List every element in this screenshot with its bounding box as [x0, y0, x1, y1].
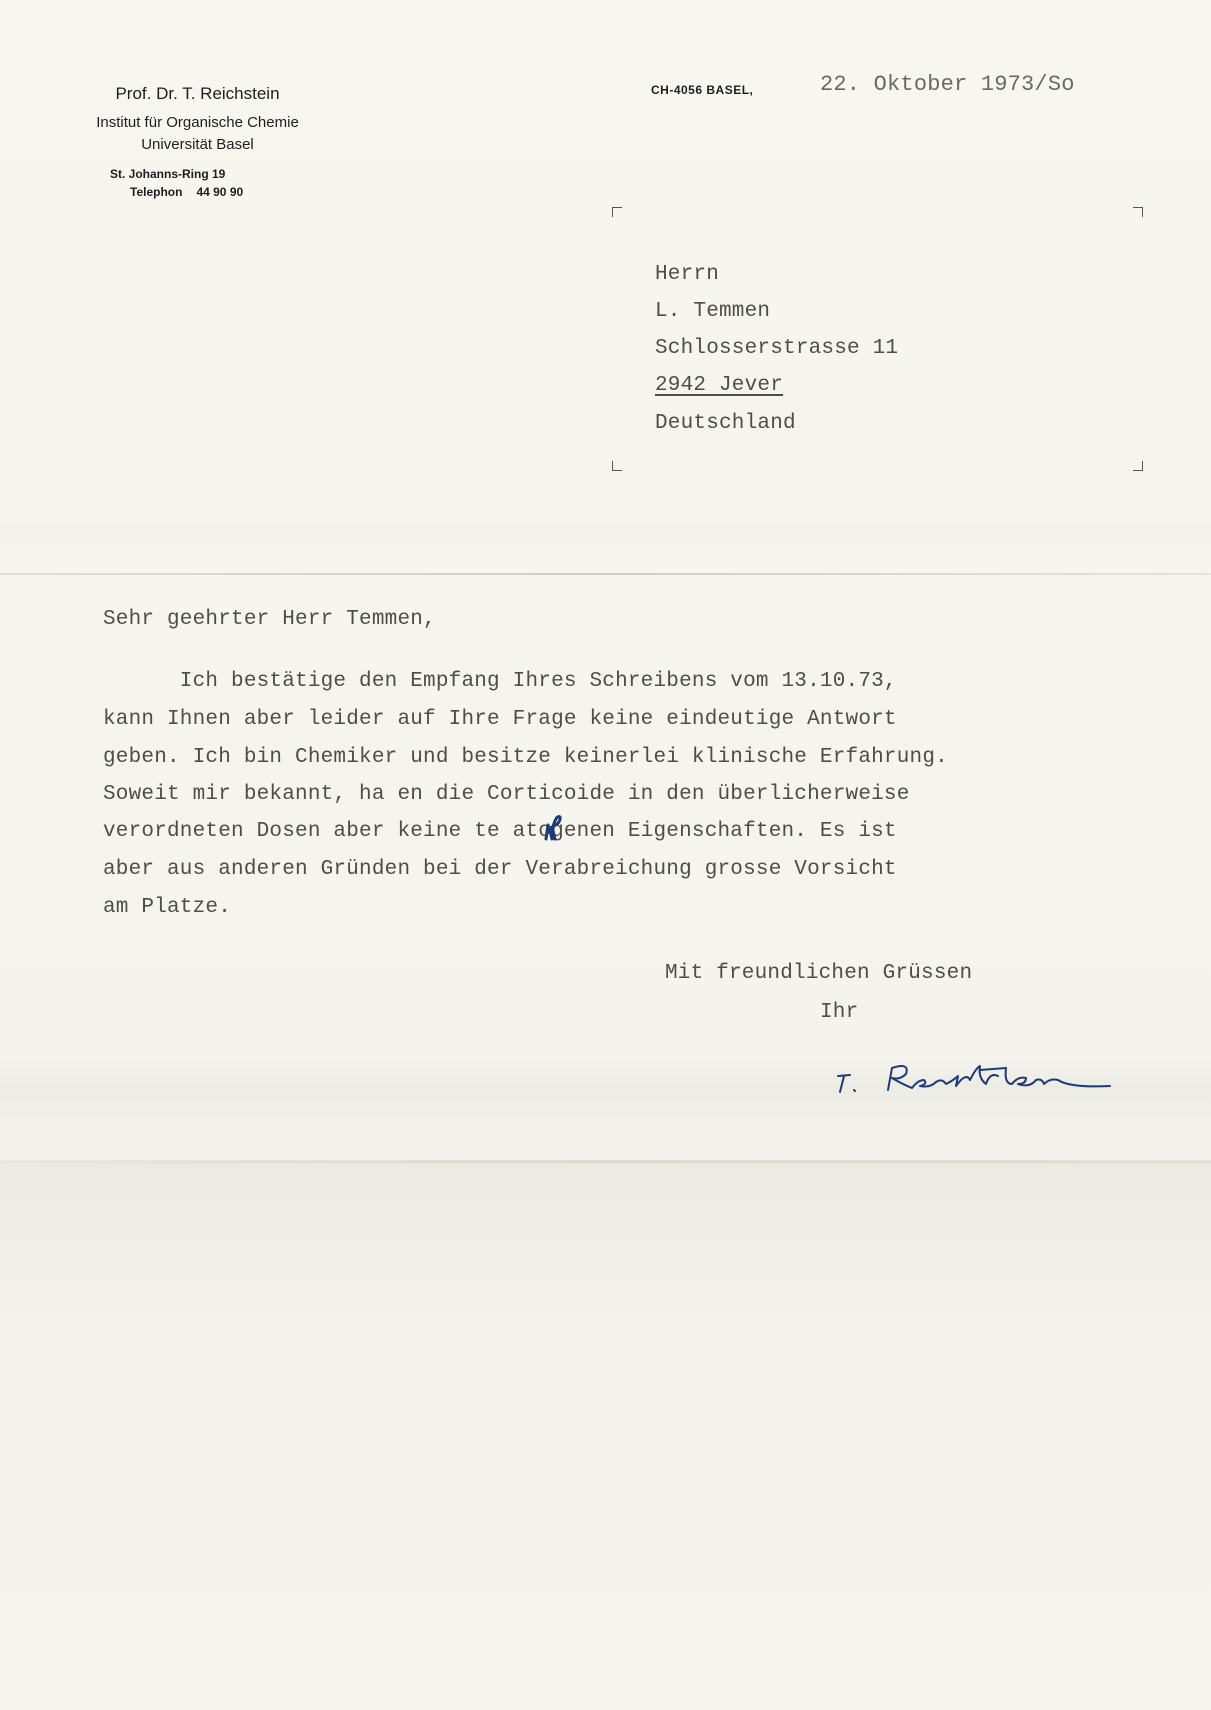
fold-line-lower [0, 1160, 1211, 1163]
recipient-city: 2942 Jever [655, 374, 783, 397]
address-window-corner-bottom-right [1133, 461, 1143, 471]
fold-shadow-lower [0, 1162, 1211, 1710]
letterhead-institute: Institut für Organische Chemie [55, 114, 340, 131]
letter-date: 22. Oktober 1973/So [820, 72, 1075, 97]
body-line: Ich bestätige den Empfang Ihres Schreibe… [103, 670, 897, 693]
ink-correction-mark [543, 813, 563, 841]
closing-line: Mit freundlichen Grüssen [665, 962, 972, 985]
body-line: aber aus anderen Gründen bei der Verabre… [103, 858, 897, 881]
letterhead-university: Universität Basel [60, 136, 335, 153]
letterhead-street: St. Johanns-Ring 19 [110, 167, 285, 181]
address-window-corner-top-right [1133, 207, 1143, 217]
body-line: geben. Ich bin Chemiker und besitze kein… [103, 746, 948, 769]
recipient-salutation: Herrn [655, 263, 719, 286]
body-line: am Platze. [103, 896, 231, 919]
body-line: Soweit mir bekannt, ha en die Corticoide… [103, 783, 910, 806]
body-line: kann Ihnen aber leider auf Ihre Frage ke… [103, 708, 897, 731]
body-line: verordneten Dosen aber keine te atogenen… [103, 820, 897, 843]
fold-line-upper [0, 573, 1211, 575]
handwritten-signature [830, 1050, 1115, 1100]
letterhead-city: CH-4056 BASEL, [651, 83, 753, 97]
address-window-corner-top-left [612, 207, 622, 217]
recipient-name: L. Temmen [655, 300, 770, 323]
recipient-country: Deutschland [655, 412, 796, 435]
phone-label: Telephon [130, 185, 182, 199]
phone-number: 44 90 90 [196, 185, 243, 199]
greeting: Sehr geehrter Herr Temmen, [103, 608, 436, 631]
closing-ihr: Ihr [820, 1001, 858, 1024]
recipient-street: Schlosserstrasse 11 [655, 337, 898, 360]
address-window-corner-bottom-left [612, 461, 622, 471]
letterhead-name: Prof. Dr. T. Reichstein [60, 84, 335, 104]
letterhead-phone: Telephon44 90 90 [130, 185, 243, 199]
